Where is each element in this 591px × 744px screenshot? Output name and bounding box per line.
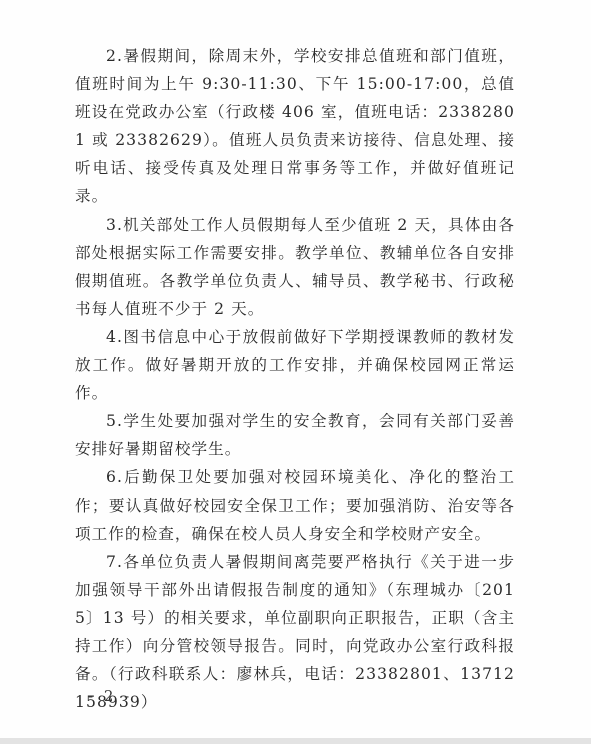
page-bottom-edge <box>0 738 591 744</box>
paragraph-item-3: 3.机关部处工作人员假期每人至少值班 2 天，具体由各部处根据实际工作需要安排。… <box>75 211 515 323</box>
document-page: 2.暑假期间，除周末外，学校安排总值班和部门值班，值班时间为上午 9:30-11… <box>0 0 591 738</box>
paragraph-item-4: 4.图书信息中心于放假前做好下学期授课教师的教材发放工作。做好暑期开放的工作安排… <box>75 323 515 407</box>
paragraph-item-6: 6.后勤保卫处要加强对校园环境美化、净化的整治工作；要认真做好校园安全保卫工作；… <box>75 463 515 547</box>
document-body: 2.暑假期间，除周末外，学校安排总值班和部门值班，值班时间为上午 9:30-11… <box>75 42 515 716</box>
page-number: - 2 - <box>88 687 132 705</box>
paragraph-item-2: 2.暑假期间，除周末外，学校安排总值班和部门值班，值班时间为上午 9:30-11… <box>75 42 515 211</box>
paragraph-item-7: 7.各单位负责人暑假期间离莞要严格执行《关于进一步加强领导干部外出请假报告制度的… <box>75 548 515 717</box>
paragraph-item-5: 5.学生处要加强对学生的安全教育，会同有关部门妥善安排好暑期留校学生。 <box>75 407 515 463</box>
